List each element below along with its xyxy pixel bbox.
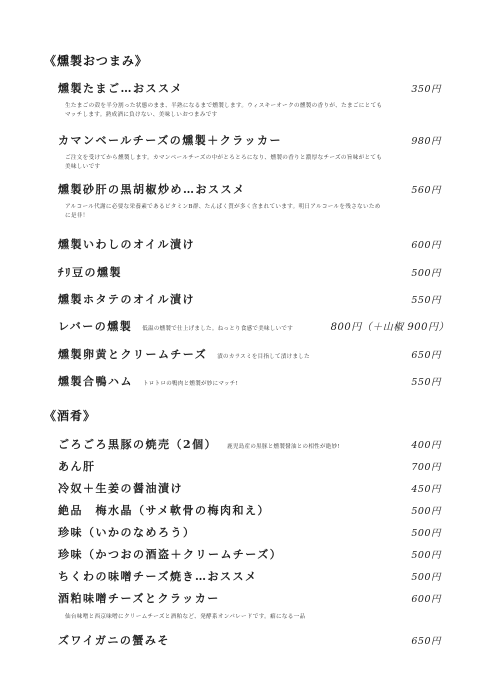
item-name: 酒粕味噌チーズとクラッカー [58, 590, 220, 606]
menu-item: ごろごろ黒豚の焼売（2個） 鹿児島産の黒豚と燻製醤油との相性が絶妙! 400円 [58, 436, 441, 452]
item-name: 燻製砂肝の黒胡椒炒め…おススメ [58, 181, 246, 197]
item-price: 500円 [411, 547, 441, 561]
item-name: 燻製ホタテのオイル漬け [58, 291, 195, 307]
item-name: 燻製たまご…おススメ [58, 80, 183, 96]
menu-item: 燻製たまご…おススメ 350円 生たまごの殻を半分割った状態のまま、半熟になるま… [58, 80, 441, 120]
menu-item: ズワイガニの蟹みそ 650円 [58, 632, 441, 648]
item-price: 500円 [411, 503, 441, 517]
item-name: カマンベールチーズの燻製＋クラッカー [58, 132, 282, 148]
item-description: アルコール代謝に必要な栄養素であるビタミンB群、たんぱく質が多く含まれています。… [65, 203, 385, 221]
menu-item: 珍味（かつおの酒盗＋クリームチーズ） 500円 [58, 546, 441, 562]
item-name: あん肝 [58, 458, 96, 474]
item-note: 漬のカラスミを目指して漬けました [217, 352, 310, 360]
menu-item: ちくわの味噌チーズ焼き…おススメ 500円 [58, 568, 441, 584]
item-description: 仙台味噌と西京味噌にクリームチーズと酒粕など、発酵系オンパレードです。癖になる一… [65, 613, 425, 622]
menu-item: 冷奴＋生姜の醤油漬け 450円 [58, 480, 441, 496]
menu-item: 酒粕味噌チーズとクラッカー 600円 仙台味噌と西京味噌にクリームチーズと酒粕な… [58, 590, 441, 622]
item-name: 燻製いわしのオイル漬け [58, 236, 195, 252]
menu-item: 燻製合鴨ハム トロトロの鴨肉と燻製が妙にマッチ! 550円 [58, 373, 441, 389]
item-name: 燻製合鴨ハム [58, 373, 133, 389]
item-name: ﾁﾘ豆の燻製 [58, 264, 122, 280]
item-name: 燻製卵黄とクリームチーズ [58, 346, 207, 362]
item-price: 400円 [411, 437, 441, 451]
item-description: ご注文を受けてから燻製します。カマンベールチーズの中がとろとろになり、燻製の香り… [65, 154, 385, 172]
item-name: ごろごろ黒豚の焼売（2個） [58, 436, 217, 452]
item-note: トロトロの鴨肉と燻製が妙にマッチ! [143, 379, 238, 387]
section-title-smoked: 《燻製おつまみ》 [44, 52, 148, 69]
menu-item: 燻製ホタテのオイル漬け 550円 [58, 291, 441, 307]
menu-item: ﾁﾘ豆の燻製 500円 [58, 264, 441, 280]
item-name: 珍味（かつおの酒盗＋クリームチーズ） [58, 546, 282, 562]
item-price: 700円 [411, 459, 441, 473]
item-price: 500円 [411, 569, 441, 583]
item-note: 低温の燻製で仕上げました。ねっとり食感で美味しいです [142, 324, 293, 332]
item-description: 生たまごの殻を半分割った状態のまま、半熟になるまで燻製します。ウィスキーオークの… [65, 102, 385, 120]
item-name: 冷奴＋生姜の醤油漬け [58, 480, 183, 496]
item-price: 980円 [411, 133, 441, 147]
menu-item: 絶品 梅水晶（サメ軟骨の梅肉和え） 500円 [58, 502, 441, 518]
menu-item: 燻製砂肝の黒胡椒炒め…おススメ 560円 アルコール代謝に必要な栄養素であるビタ… [58, 181, 441, 221]
item-note: 鹿児島産の黒豚と燻製醤油との相性が絶妙! [227, 442, 340, 450]
item-name: 珍味（いかのなめろう） [58, 524, 196, 540]
menu-item: 燻製卵黄とクリームチーズ 漬のカラスミを目指して漬けました 650円 [58, 346, 441, 362]
item-price: 550円 [411, 292, 441, 306]
item-price: 350円 [411, 81, 441, 95]
item-price: 600円 [411, 591, 441, 605]
menu-item: カマンベールチーズの燻製＋クラッカー 980円 ご注文を受けてから燻製します。カ… [58, 132, 441, 172]
item-price: 650円 [411, 633, 441, 647]
menu-item: 燻製いわしのオイル漬け 600円 [58, 236, 441, 252]
item-name: レバーの燻製 [58, 318, 132, 334]
item-name: ズワイガニの蟹みそ [58, 632, 170, 648]
item-name: ちくわの味噌チーズ焼き…おススメ [58, 568, 257, 584]
menu-item: 珍味（いかのなめろう） 500円 [58, 524, 441, 540]
item-price: 500円 [411, 265, 441, 279]
item-price: 600円 [411, 237, 441, 251]
item-name: 絶品 梅水晶（サメ軟骨の梅肉和え） [58, 502, 270, 518]
item-price: 800円（＋山椒 900円） [331, 318, 449, 333]
item-price: 560円 [411, 182, 441, 196]
item-price: 550円 [411, 374, 441, 388]
item-price: 650円 [411, 347, 441, 361]
menu-item: レバーの燻製 低温の燻製で仕上げました。ねっとり食感で美味しいです 800円（＋… [58, 318, 449, 334]
menu-item: あん肝 700円 [58, 458, 441, 474]
item-price: 450円 [411, 481, 441, 495]
item-price: 500円 [411, 525, 441, 539]
section-title-appetizers: 《酒肴》 [44, 407, 96, 424]
